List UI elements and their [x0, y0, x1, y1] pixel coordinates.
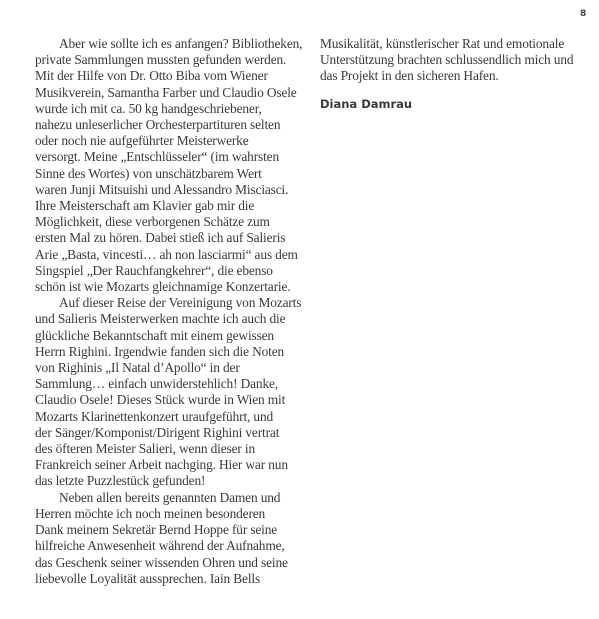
text-line: oder noch nie aufgeführter Meisterwerke: [35, 133, 310, 149]
text-line: das Geschenk seiner wissenden Ohren und …: [35, 555, 310, 571]
text-line: Aber wie sollte ich es anfangen? Bibliot…: [35, 36, 310, 52]
text-line: Unterstützung brachten schlussendlich mi…: [320, 52, 590, 68]
paragraph-1: Aber wie sollte ich es anfangen? Bibliot…: [35, 36, 310, 295]
text-line: schön ist wie Mozarts gleichnamige Konze…: [35, 279, 310, 295]
left-column: Aber wie sollte ich es anfangen? Bibliot…: [35, 36, 310, 587]
text-line: versorgt. Meine „Entschlüsseler“ (im wah…: [35, 149, 310, 165]
text-line: hilfreiche Anwesenheit während der Aufna…: [35, 538, 310, 554]
text-line: Singspiel „Der Rauchfangkehrer“, die ebe…: [35, 263, 310, 279]
text-line: Claudio Osele! Dieses Stück wurde in Wie…: [35, 392, 310, 408]
text-line: Herrn Righini. Irgendwie fanden sich die…: [35, 344, 310, 360]
text-line: das Projekt in den sicheren Hafen.: [320, 68, 590, 84]
text-line: Musikalität, künstlerischer Rat und emot…: [320, 36, 590, 52]
author-signature: Diana Damrau: [320, 97, 412, 111]
text-line: der Sänger/Komponist/Dirigent Righini ve…: [35, 425, 310, 441]
text-line: das letzte Puzzlestück gefunden!: [35, 473, 310, 489]
text-line: waren Junji Mitsuishi und Alessandro Mis…: [35, 182, 310, 198]
text-line: glückliche Bekanntschaft mit einem gewis…: [35, 328, 310, 344]
page-number: 8: [580, 9, 586, 19]
text-line: Ihre Meisterschaft am Klavier gab mir di…: [35, 198, 310, 214]
text-line: Dank meinem Sekretär Bernd Hoppe für sei…: [35, 522, 310, 538]
text-line: von Righinis „Il Natal d’Apollo“ in der: [35, 360, 310, 376]
text-line: wurde ich mit ca. 50 kg handgeschriebene…: [35, 101, 310, 117]
text-line: Neben allen bereits genannten Damen und: [35, 490, 310, 506]
text-line: private Sammlungen mussten gefunden werd…: [35, 52, 310, 68]
text-line: Herren möchte ich noch meinen besonderen: [35, 506, 310, 522]
paragraph-2: Auf dieser Reise der Vereinigung von Moz…: [35, 295, 310, 489]
text-line: Möglichkeit, diese verborgenen Schätze z…: [35, 214, 310, 230]
text-line: nahezu unleserlicher Orchesterpartituren…: [35, 117, 310, 133]
text-line: liebevolle Loyalität aussprechen. Iain B…: [35, 571, 310, 587]
text-line: Sammlung… einfach unwiderstehlich! Danke…: [35, 376, 310, 392]
text-line: Arie „Basta, vincesti… ah non lasciarmi“…: [35, 247, 310, 263]
text-line: und Salieris Meisterwerken machte ich au…: [35, 311, 310, 327]
text-line: Auf dieser Reise der Vereinigung von Moz…: [35, 295, 310, 311]
text-line: ersten Mal zu hören. Dabei stieß ich auf…: [35, 230, 310, 246]
text-line: Musikverein, Samantha Farber und Claudio…: [35, 85, 310, 101]
paragraph-3: Neben allen bereits genannten Damen und …: [35, 490, 310, 587]
right-column: Musikalität, künstlerischer Rat und emot…: [320, 36, 590, 85]
text-line: des öfteren Meister Salieri, wenn dieser…: [35, 441, 310, 457]
text-line: Mit der Hilfe von Dr. Otto Biba vom Wien…: [35, 68, 310, 84]
text-line: Sinne des Wortes) von unschätzbarem Wert: [35, 166, 310, 182]
text-line: Frankreich seiner Arbeit nachging. Hier …: [35, 457, 310, 473]
text-line: Mozarts Klarinettenkonzert uraufgeführt,…: [35, 409, 310, 425]
